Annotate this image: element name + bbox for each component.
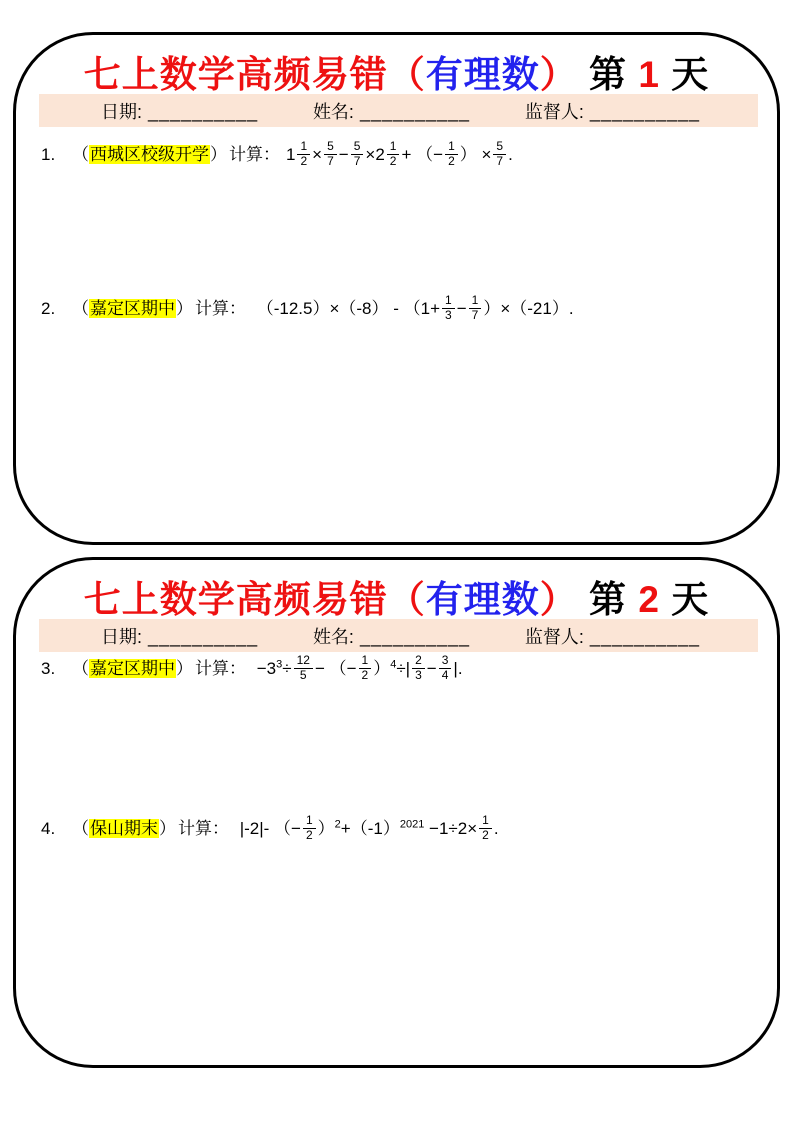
question-area-day1: 1.（西城区校级开学）计算：112×57−57×212+ （−12） ×57.2… xyxy=(41,131,759,329)
fraction: 12 xyxy=(387,140,400,169)
info-field: 日期:__________ xyxy=(101,623,258,649)
title-segment: 七上数学高频易错（ xyxy=(84,54,426,95)
fraction-numerator: 5 xyxy=(351,140,364,155)
question-number: 2. xyxy=(41,291,72,327)
fraction-denominator: 2 xyxy=(303,829,316,843)
fraction-numerator: 1 xyxy=(469,294,482,309)
info-field-label: 监督人: xyxy=(525,627,584,647)
source-paren-open: （ xyxy=(72,659,89,678)
worksheet-title-day1: 七上数学高频易错（有理数） 第 1 天 xyxy=(16,44,777,98)
info-field-label: 姓名: xyxy=(313,627,354,647)
fraction-denominator: 7 xyxy=(469,309,482,323)
question-task-label: 计算： xyxy=(178,819,229,838)
expression-text: ÷ xyxy=(282,659,291,678)
fraction-numerator: 5 xyxy=(493,140,506,155)
title-segment: 天 xyxy=(660,54,709,95)
question-expression: （-12.5）×（-8） - （1+13−17）×（-21）. xyxy=(252,299,574,318)
expression-text: ÷| xyxy=(396,659,410,678)
title-segment: 有理数 xyxy=(426,579,540,620)
info-field-blank-line: __________ xyxy=(590,627,700,647)
expression-text: ×2 xyxy=(365,145,384,164)
expression-text: − xyxy=(457,299,467,318)
question-source-highlight: 嘉定区期中 xyxy=(89,659,176,678)
title-segment: 1 xyxy=(638,54,660,95)
question-source-highlight: 嘉定区期中 xyxy=(89,299,176,318)
info-field-label: 姓名: xyxy=(313,102,354,122)
fraction-numerator: 1 xyxy=(297,140,310,155)
fraction: 34 xyxy=(439,654,452,683)
info-field-label: 日期: xyxy=(101,102,142,122)
fraction-numerator: 3 xyxy=(439,654,452,669)
question-number: 1. xyxy=(41,137,72,173)
info-field: 监督人:__________ xyxy=(525,623,700,649)
fraction-denominator: 3 xyxy=(412,669,425,683)
expression-text: 1 xyxy=(286,145,295,164)
question-2: 2.（嘉定区期中）计算： （-12.5）×（-8） - （1+13−17）×（-… xyxy=(41,291,759,329)
worksheet-card-day1: 七上数学高频易错（有理数） 第 1 天 日期:__________姓名:____… xyxy=(13,32,780,545)
fraction-numerator: 5 xyxy=(324,140,337,155)
question-task-label: 计算： xyxy=(229,145,280,164)
title-segment: 天 xyxy=(660,579,709,620)
info-field: 姓名:__________ xyxy=(313,623,470,649)
info-field: 姓名:__________ xyxy=(313,98,470,124)
expression-text: |. xyxy=(453,659,462,678)
title-segment: ） xyxy=(540,54,578,95)
fraction-numerator: 1 xyxy=(387,140,400,155)
question-expression: |-2|- （−12）2+（-1）2021 −1÷2×12. xyxy=(235,819,499,838)
source-paren-open: （ xyxy=(72,819,89,838)
info-field-blank-line: __________ xyxy=(148,627,258,647)
info-field-blank-line: __________ xyxy=(148,102,258,122)
source-paren-open: （ xyxy=(72,299,89,318)
expression-text: . xyxy=(508,145,513,164)
worksheet-title-day2: 七上数学高频易错（有理数） 第 2 天 xyxy=(16,569,777,623)
source-paren-close: ） xyxy=(176,659,193,678)
question-1: 1.（西城区校级开学）计算：112×57−57×212+ （−12） ×57. xyxy=(41,137,759,175)
expression-text: . xyxy=(494,819,499,838)
info-field-blank-line: __________ xyxy=(590,102,700,122)
title-segment: 第 xyxy=(578,579,639,620)
fraction-denominator: 2 xyxy=(297,155,310,169)
fraction-denominator: 4 xyxy=(439,669,452,683)
fraction: 23 xyxy=(412,654,425,683)
title-segment: 七上数学高频易错（ xyxy=(84,579,426,620)
fraction-numerator: 12 xyxy=(294,654,313,669)
fraction-denominator: 2 xyxy=(479,829,492,843)
fraction-denominator: 2 xyxy=(387,155,400,169)
question-source: （嘉定区期中） xyxy=(72,659,193,678)
info-field-blank-line: __________ xyxy=(360,627,470,647)
worksheet-card-day2: 七上数学高频易错（有理数） 第 2 天 日期:__________姓名:____… xyxy=(13,557,780,1068)
fraction-numerator: 1 xyxy=(445,140,458,155)
fraction: 57 xyxy=(493,140,506,169)
question-source: （西城区校级开学） xyxy=(72,145,227,164)
expression-text: ） xyxy=(318,819,335,838)
fraction: 12 xyxy=(445,140,458,169)
source-paren-close: ） xyxy=(159,819,176,838)
info-bar-day2: 日期:__________姓名:__________监督人:__________ xyxy=(39,619,758,652)
fraction-numerator: 1 xyxy=(303,814,316,829)
fraction: 12 xyxy=(479,814,492,843)
expression-exponent: 2021 xyxy=(400,818,424,830)
expression-text: × xyxy=(312,145,322,164)
fraction-denominator: 7 xyxy=(493,155,506,169)
fraction-denominator: 3 xyxy=(442,309,455,323)
expression-text: − （− xyxy=(315,659,357,678)
title-segment: ） xyxy=(540,579,578,620)
fraction: 125 xyxy=(294,654,313,683)
fraction-denominator: 2 xyxy=(445,155,458,169)
fraction: 57 xyxy=(351,140,364,169)
question-source: （保山期末） xyxy=(72,819,176,838)
question-expression: −33÷125− （−12）4÷|23−34|. xyxy=(252,659,463,678)
worksheet-page: 七上数学高频易错（有理数） 第 1 天 日期:__________姓名:____… xyxy=(0,0,793,1122)
question-area-day2: 3.（嘉定区期中）计算： −33÷125− （−12）4÷|23−34|.4.（… xyxy=(41,651,759,849)
fraction-denominator: 5 xyxy=(297,669,310,683)
fraction: 12 xyxy=(303,814,316,843)
question-4: 4.（保山期末）计算： |-2|- （−12）2+（-1）2021 −1÷2×1… xyxy=(41,811,759,849)
fraction-numerator: 1 xyxy=(359,654,372,669)
fraction-denominator: 7 xyxy=(324,155,337,169)
question-3: 3.（嘉定区期中）计算： −33÷125− （−12）4÷|23−34|. xyxy=(41,651,759,689)
title-segment: 第 xyxy=(578,54,639,95)
fraction-numerator: 1 xyxy=(442,294,455,309)
fraction-numerator: 1 xyxy=(479,814,492,829)
source-paren-close: ） xyxy=(176,299,193,318)
source-paren-open: （ xyxy=(72,145,89,164)
info-bar-day1: 日期:__________姓名:__________监督人:__________ xyxy=(39,94,758,127)
expression-text: （-12.5）×（-8） - （1+ xyxy=(252,299,440,318)
fraction-denominator: 7 xyxy=(351,155,364,169)
fraction: 12 xyxy=(359,654,372,683)
info-field: 监督人:__________ xyxy=(525,98,700,124)
fraction: 17 xyxy=(469,294,482,323)
expression-text: ）×（-21）. xyxy=(483,299,573,318)
info-field-blank-line: __________ xyxy=(360,102,470,122)
info-field-label: 日期: xyxy=(101,627,142,647)
fraction-denominator: 2 xyxy=(359,669,372,683)
question-number: 3. xyxy=(41,651,72,687)
question-source-highlight: 西城区校级开学 xyxy=(89,145,210,164)
info-field-label: 监督人: xyxy=(525,102,584,122)
title-segment: 有理数 xyxy=(426,54,540,95)
fraction-numerator: 2 xyxy=(412,654,425,669)
expression-text: +（-1） xyxy=(341,819,400,838)
expression-text: + （− xyxy=(401,145,443,164)
question-source: （嘉定区期中） xyxy=(72,299,193,318)
expression-text: −1÷2× xyxy=(424,819,477,838)
expression-text: − xyxy=(339,145,349,164)
source-paren-close: ） xyxy=(210,145,227,164)
question-expression: 112×57−57×212+ （−12） ×57. xyxy=(286,145,513,164)
expression-text: −3 xyxy=(252,659,276,678)
info-field: 日期:__________ xyxy=(101,98,258,124)
fraction: 13 xyxy=(442,294,455,323)
expression-text: ） × xyxy=(460,145,492,164)
question-task-label: 计算： xyxy=(195,299,246,318)
expression-text: − xyxy=(427,659,437,678)
expression-text: ） xyxy=(373,659,390,678)
question-task-label: 计算： xyxy=(195,659,246,678)
expression-text: |-2|- （− xyxy=(235,819,301,838)
title-segment: 2 xyxy=(638,579,660,620)
fraction: 12 xyxy=(297,140,310,169)
question-number: 4. xyxy=(41,811,72,847)
question-source-highlight: 保山期末 xyxy=(89,819,159,838)
fraction: 57 xyxy=(324,140,337,169)
